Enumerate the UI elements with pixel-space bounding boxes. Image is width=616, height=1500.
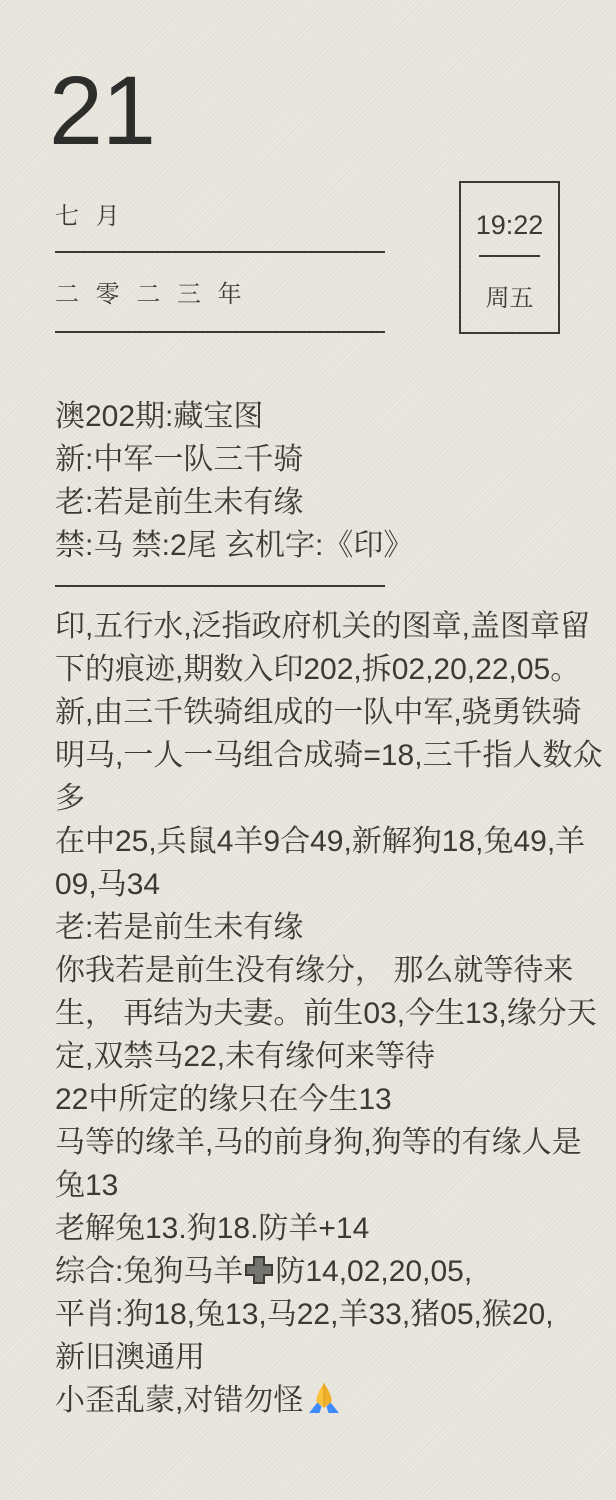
heavy-plus-icon (244, 1254, 274, 1297)
notice-line: 禁:马 禁:2尾 玄机字:《印》 (55, 524, 611, 567)
time-box-divider (479, 255, 540, 257)
analysis-line: 在中25,兵鼠4羊9合49,新解狗18,兔49,羊 (55, 820, 611, 863)
analysis-line: 新,由三千铁骑组成的一队中军,骁勇铁骑 (55, 691, 611, 734)
time-box: 19:22 周五 (459, 181, 560, 334)
month-label: 七 月 (55, 205, 125, 229)
year-label: 二 零 二 三 年 (55, 283, 247, 307)
analysis-line: 马等的缘羊,马的前身狗,狗等的有缘人是 (55, 1121, 611, 1164)
analysis-line: 新旧澳通用 (55, 1336, 611, 1379)
analysis-line-post: 防14,02,20,05, (275, 1255, 472, 1288)
notice-line: 澳202期:藏宝图 (55, 395, 611, 438)
calendar-page: 21 七 月 二 零 二 三 年 19:22 周五 澳202期:藏宝图 新:中军… (0, 0, 616, 1500)
analysis-line-pre: 综合:兔狗马羊 (55, 1255, 243, 1288)
notice-line: 老:若是前生未有缘 (55, 481, 611, 524)
section-divider (55, 585, 385, 587)
weekday-label: 周五 (461, 285, 558, 313)
body-text: 澳202期:藏宝图 新:中军一队三千骑 老:若是前生未有缘 禁:马 禁:2尾 玄… (55, 395, 611, 1422)
analysis-line: 生， 再结为夫妻。前生03,今生13,缘分天 (55, 992, 611, 1035)
year-underline (55, 331, 385, 333)
month-underline (55, 251, 385, 253)
analysis-line: 下的痕迹,期数入印202,拆02,20,22,05。 (55, 648, 611, 691)
time-label: 19:22 (461, 211, 558, 239)
analysis-line: 综合:兔狗马羊防14,02,20,05, (55, 1250, 611, 1293)
analysis-line: 平肖:狗18,兔13,马22,羊33,猪05,猴20, (55, 1293, 611, 1336)
analysis-line: 定,双禁马22,未有缘何来等待 (55, 1035, 611, 1078)
analysis-line-text: 小歪乱蒙,对错勿怪 (55, 1384, 303, 1417)
day-number: 21 (49, 62, 155, 159)
analysis-line: 兔13 (55, 1164, 611, 1207)
notice-line: 新:中军一队三千骑 (55, 438, 611, 481)
analysis-line: 小歪乱蒙,对错勿怪 (55, 1379, 611, 1422)
analysis-line: 多 (55, 777, 611, 820)
analysis-line: 09,马34 (55, 863, 611, 906)
analysis-line: 22中所定的缘只在今生13 (55, 1078, 611, 1121)
analysis-line: 印,五行水,泛指政府机关的图章,盖图章留 (55, 605, 611, 648)
analysis-line: 明马,一人一马组合成骑=18,三千指人数众 (55, 734, 611, 777)
folded-hands-icon (306, 1380, 342, 1428)
analysis-line: 老:若是前生未有缘 (55, 906, 611, 949)
analysis-line: 老解兔13.狗18.防羊+14 (55, 1207, 611, 1250)
analysis-line: 你我若是前生没有缘分， 那么就等待来 (55, 949, 611, 992)
